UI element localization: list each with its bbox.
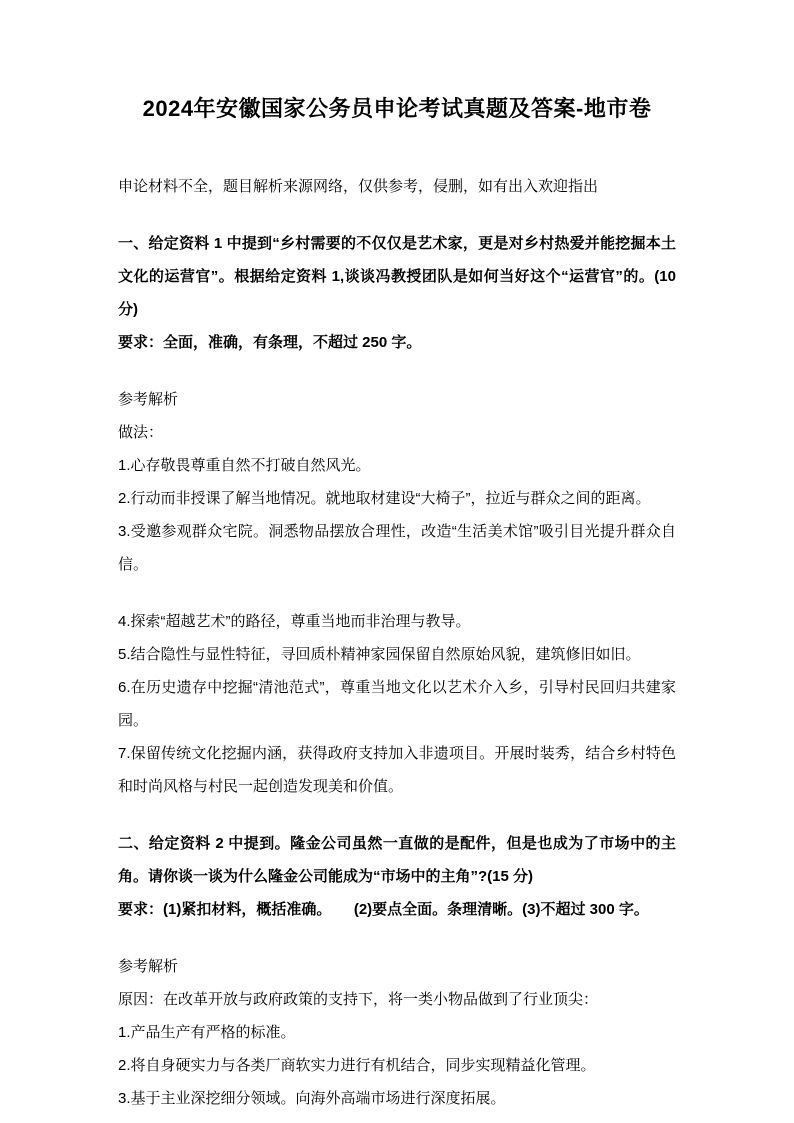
answer-point: 3.受邀参观群众宅院。洞悉物品摆放合理性，改造“生活美术馆”吸引目光提升群众自信… — [118, 515, 676, 581]
document-page: 2024年安徽国家公务员申论考试真题及答案-地市卷 申论材料不全，题目解析来源网… — [0, 0, 794, 1123]
answer-point: 1.产品生产有严格的标准。 — [118, 1016, 676, 1049]
answer-point: 3.基于主业深挖细分领域。向海外高端市场进行深度拓展。 — [118, 1082, 676, 1115]
answer-point: 5.结合隐性与显性特征，寻回质朴精神家园保留自然原始风貌，建筑修旧如旧。 — [118, 638, 676, 671]
question-2-requirement: 要求：(1)紧扣材料，概括准确。 (2)要点全面。条理清晰。(3)不超过 300… — [118, 893, 676, 926]
analysis-intro-2: 原因：在改革开放与政府政策的支持下，将一类小物品做到了行业顶尖： — [118, 983, 676, 1016]
answer-point: 6.在历史遗存中挖掘“清池范式”，尊重当地文化以艺术介入乡，引导村民回归共建家园… — [118, 671, 676, 737]
question-2-text: 二、给定资料 2 中提到。隆金公司虽然一直做的是配件，但是也成为了市场中的主角。… — [118, 827, 676, 893]
question-1-requirement: 要求：全面，准确，有条理，不超过 250 字。 — [118, 326, 676, 359]
analysis-heading-2: 参考解析 — [118, 950, 676, 983]
question-1-text: 一、给定资料 1 中提到“乡村需要的不仅仅是艺术家，更是对乡村热爱并能挖掘本土文… — [118, 227, 676, 326]
disclaimer-text: 申论材料不全，题目解析来源网络，仅供参考，侵删，如有出入欢迎指出 — [118, 170, 676, 203]
answer-point: 2.行动而非授课了解当地情况。就地取材建设“大椅子”，拉近与群众之间的距离。 — [118, 482, 676, 515]
doc-title: 2024年安徽国家公务员申论考试真题及答案-地市卷 — [118, 92, 676, 126]
answer-point: 1.心存敬畏尊重自然不打破自然风光。 — [118, 449, 676, 482]
analysis-intro-1: 做法： — [118, 416, 676, 449]
analysis-heading-1: 参考解析 — [118, 383, 676, 416]
answer-point: 2.将自身硬实力与各类厂商软实力进行有机结合，同步实现精益化管理。 — [118, 1049, 676, 1082]
answer-point: 4.探索“超越艺术”的路径，尊重当地而非治理与教导。 — [118, 605, 676, 638]
answer-point: 7.保留传统文化挖掘内涵，获得政府支持加入非遗项目。开展时装秀，结合乡村特色和时… — [118, 737, 676, 803]
